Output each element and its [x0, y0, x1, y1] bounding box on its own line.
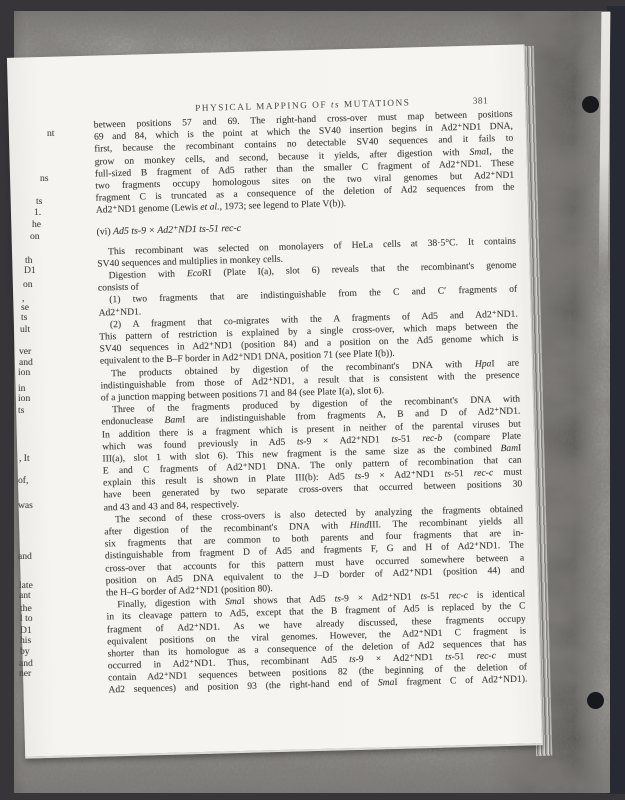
paragraph: between positions 57 and 69. The right-h…: [94, 109, 515, 217]
paragraph: Three of the fragments produced by diges…: [101, 394, 523, 515]
paragraph: The second of these cross-overs is also …: [104, 503, 525, 599]
scanned-book-photo: PHYSICAL MAPPING OF ts MUTATIONS 381 bet…: [0, 0, 625, 800]
paragraph: Finally, digestion with SmaI shows that …: [106, 589, 527, 697]
text-block: PHYSICAL MAPPING OF ts MUTATIONS 381 bet…: [93, 95, 527, 697]
page-number: 381: [473, 95, 489, 107]
body-text: between positions 57 and 69. The right-h…: [94, 109, 528, 697]
book-page: PHYSICAL MAPPING OF ts MUTATIONS 381 bet…: [7, 44, 543, 758]
section-heading: (vi) Ad5 ts-9 × Ad2⁺ND1 ts-51 rec-c: [96, 215, 515, 238]
punch-hole-bottom: [587, 692, 604, 709]
punch-hole-top: [582, 96, 599, 113]
